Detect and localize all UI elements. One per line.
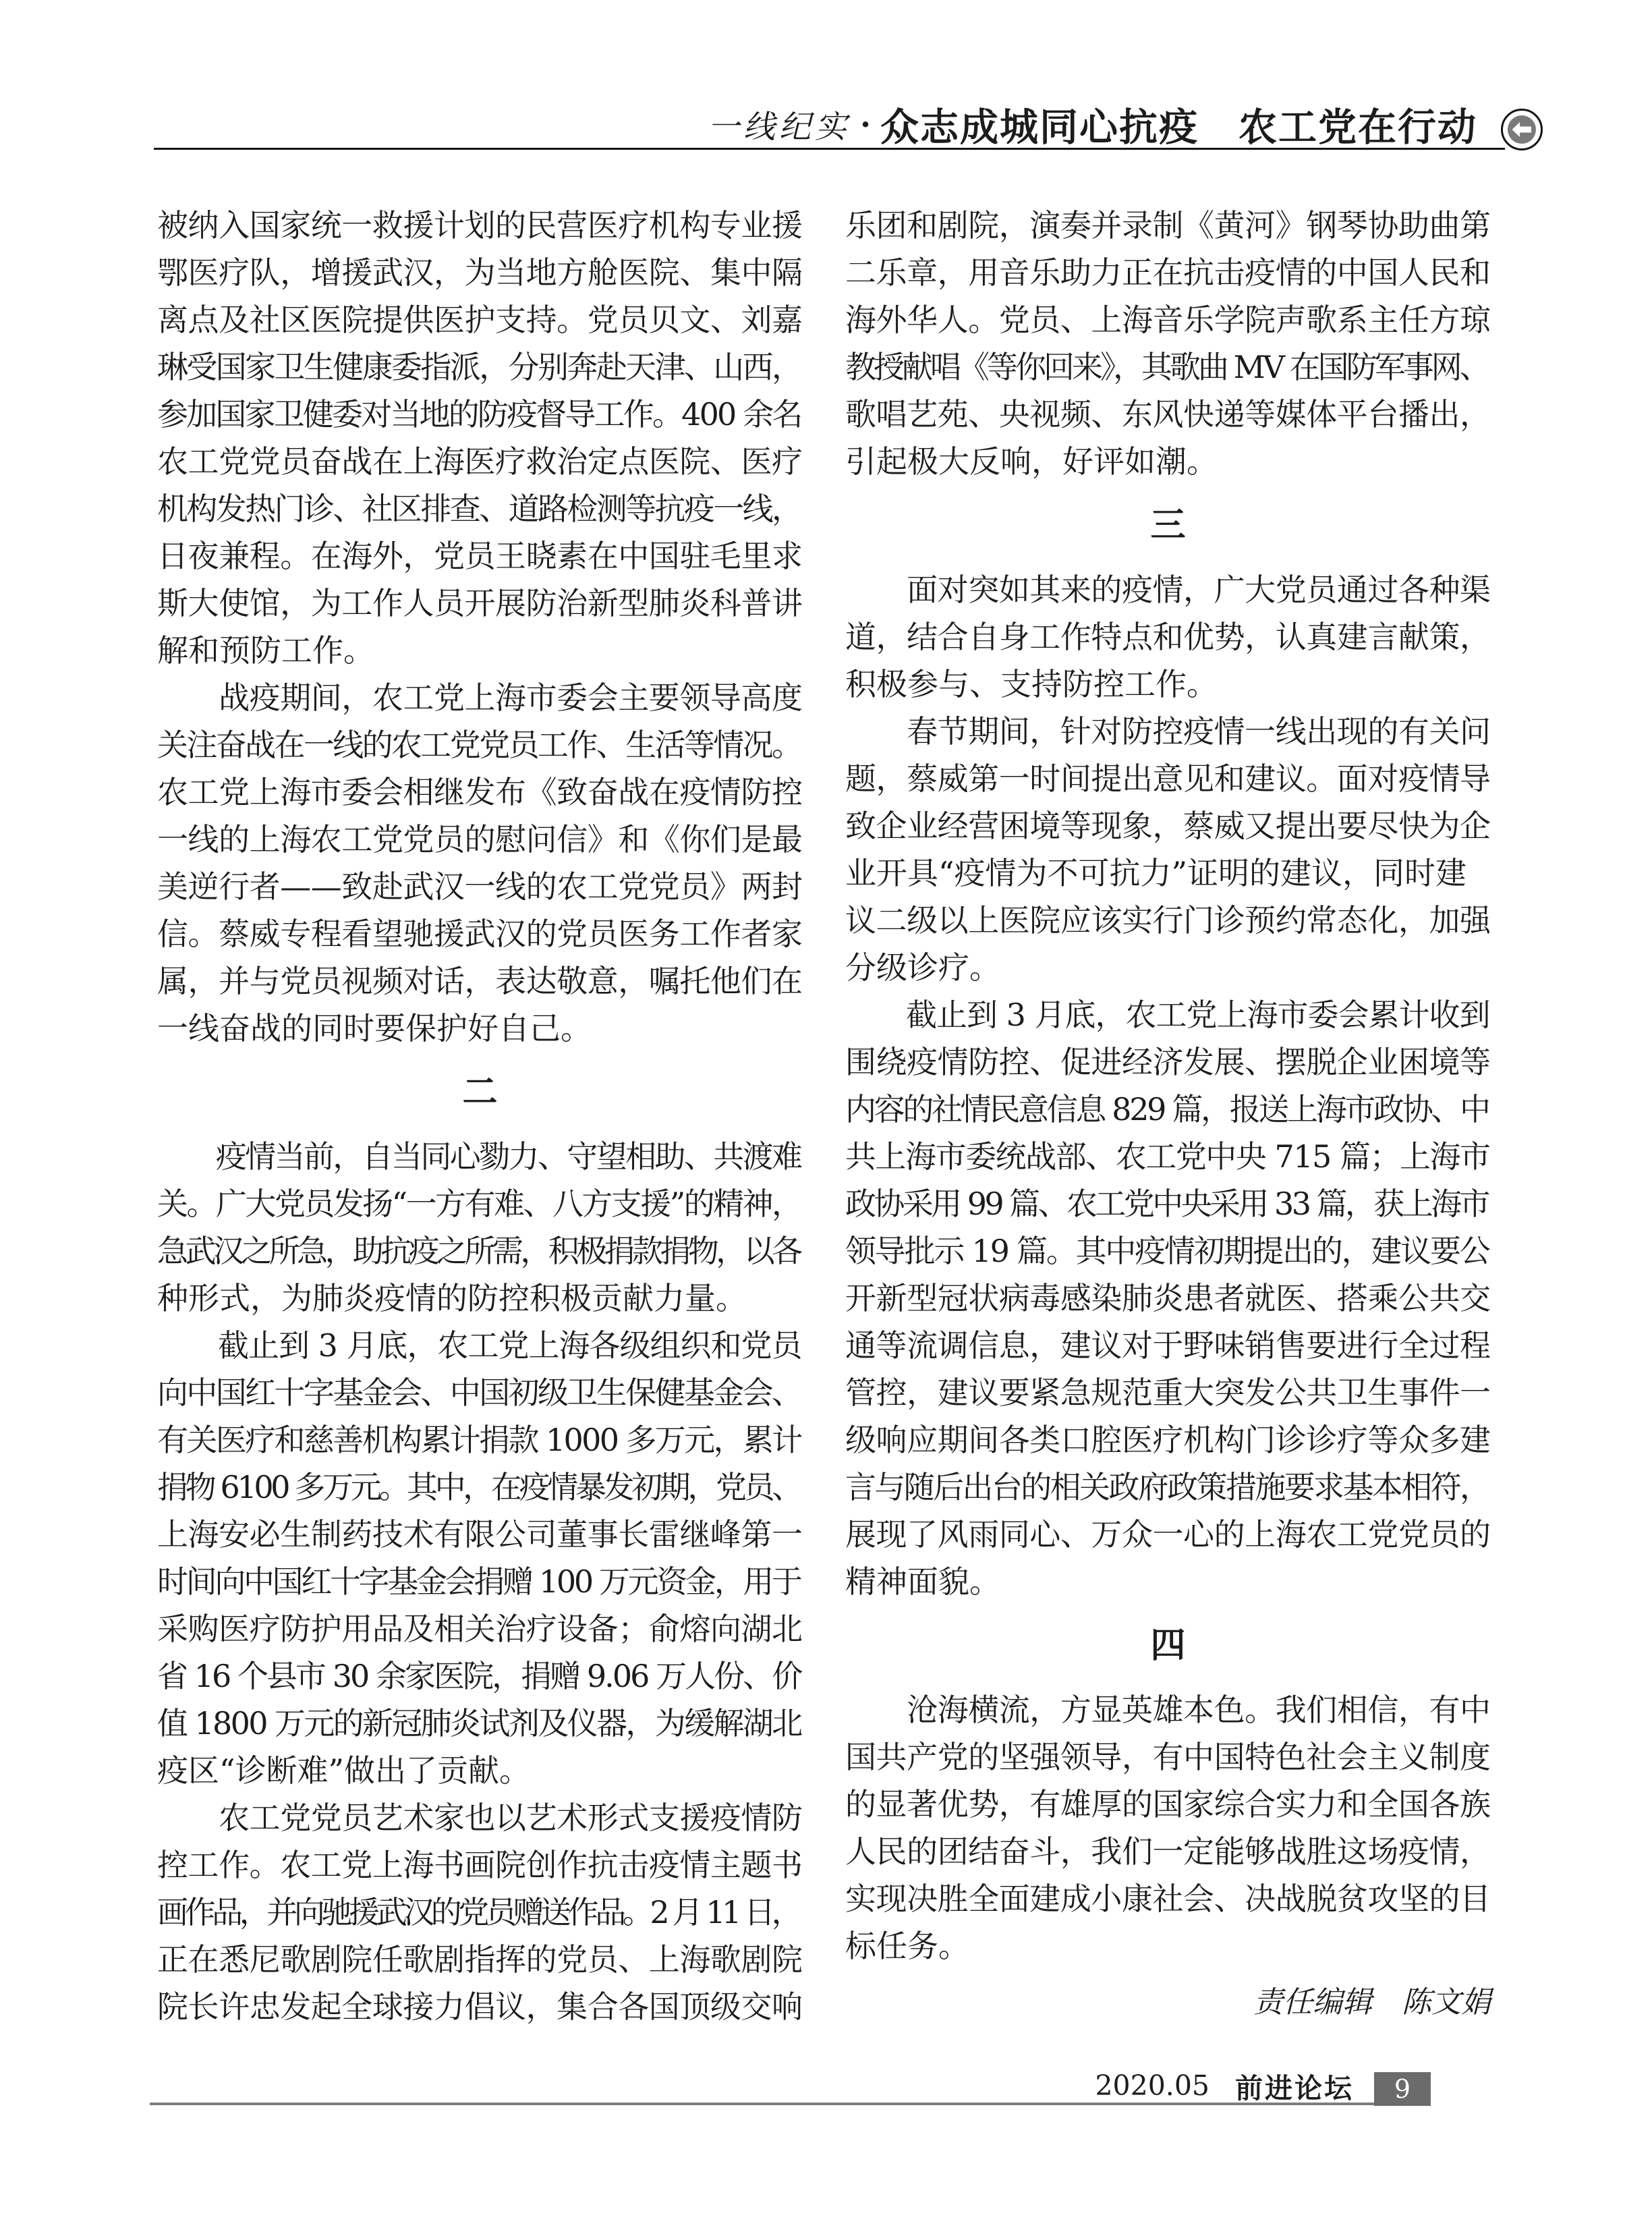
text-line: 战疫期间，农工党上海市委会主要领导高度 bbox=[157, 674, 803, 721]
text-line: 道，结合自身工作特点和优势，认真建言献策， bbox=[845, 613, 1491, 661]
section-heading: 三 bbox=[845, 485, 1491, 566]
text-line: 题，蔡威第一时间提出意见和建议。面对疫情导 bbox=[845, 755, 1491, 802]
header-rule bbox=[154, 148, 1505, 150]
text-line: 日夜兼程。在海外，党员王晓素在中国驻毛里求 bbox=[157, 532, 803, 580]
text-line: 鄂医疗队，增援武汉，为当地方舱医院、集中隔 bbox=[157, 249, 803, 296]
text-line: 截止到 3 月底，农工党上海各级组织和党员 bbox=[157, 1322, 803, 1369]
text-line: 春节期间，针对防控疫情一线出现的有关问 bbox=[845, 708, 1491, 755]
text-line: 值 1800 万元的新冠肺炎试剂及仪器，为缓解湖北 bbox=[157, 1700, 803, 1747]
text-line: 国共产党的坚强领导，有中国特色社会主义制度 bbox=[845, 1733, 1491, 1781]
back-arrow-icon bbox=[1500, 108, 1543, 151]
text-line: 面对突如其来的疫情，广大党员通过各种渠 bbox=[845, 566, 1491, 613]
text-line: 沧海横流，方显英雄本色。我们相信，有中 bbox=[845, 1686, 1491, 1733]
text-line: 致企业经营困境等现象，蔡威又提出要尽快为企 bbox=[845, 802, 1491, 850]
text-line: 歌唱艺苑、央视频、东风快递等媒体平台播出， bbox=[845, 391, 1491, 438]
text-line: 机构发热门诊、社区排查、道路检测等抗疫一线， bbox=[157, 485, 803, 532]
page-number-badge: 9 bbox=[1374, 2072, 1431, 2106]
footer-rule bbox=[150, 2103, 1374, 2105]
text-line: 被纳入国家统一救援计划的民营医疗机构专业援 bbox=[157, 202, 803, 249]
text-line: 领导批示 19 篇。其中疫情初期提出的，建议要公 bbox=[845, 1227, 1491, 1275]
text-line: 政协采用 99 篇、农工党中央采用 33 篇，获上海市 bbox=[845, 1180, 1491, 1227]
right-column: 乐团和剧院，演奏并录制《黄河》钢琴协助曲第二乐章，用音乐助力正在抗击疫情的中国人… bbox=[845, 202, 1491, 2026]
text-line: 内容的社情民意信息 829 篇，报送上海市政协、中 bbox=[845, 1086, 1491, 1133]
text-line: 画作品，并向驰援武汉的党员赠送作品。2 月 11 日， bbox=[157, 1889, 803, 1936]
text-line: 采购医疗防护用品及相关治疗设备；俞熔向湖北 bbox=[157, 1605, 803, 1652]
text-line: 关。广大党员发扬“一方有难、八方支援”的精神， bbox=[157, 1180, 803, 1227]
text-line: 引起极大反响，好评如潮。 bbox=[845, 438, 1491, 485]
text-line: 言与随后出台的相关政府政策措施要求基本相符， bbox=[845, 1464, 1491, 1511]
text-line: 教授献唱《等你回来》，其歌曲 MV 在国防军事网、 bbox=[845, 343, 1491, 391]
text-line: 农工党上海市委会相继发布《致奋战在疫情防控 bbox=[157, 769, 803, 816]
text-line: 有关医疗和慈善机构累计捐款 1000 多万元，累计 bbox=[157, 1416, 803, 1464]
text-line: 标任务。 bbox=[845, 1922, 1491, 1970]
text-line: 正在悉尼歌剧院任歌剧指挥的党员、上海歌剧院 bbox=[157, 1936, 803, 1983]
text-line: 关注奋战在一线的农工党党员工作、生活等情况。 bbox=[157, 721, 803, 769]
text-line: 精神面貌。 bbox=[845, 1558, 1491, 1605]
text-line: 乐团和剧院，演奏并录制《黄河》钢琴协助曲第 bbox=[845, 202, 1491, 249]
text-line: 农工党党员奋战在上海医疗救治定点医院、医疗 bbox=[157, 438, 803, 485]
header-section-label: 一线纪实 bbox=[708, 102, 851, 147]
text-line: 属，并与党员视频对话，表达敬意，嘱托他们在 bbox=[157, 957, 803, 1005]
text-line: 管控，建议要紧急规范重大突发公共卫生事件一 bbox=[845, 1369, 1491, 1416]
text-line: 积极参与、支持防控工作。 bbox=[845, 661, 1491, 708]
text-line: 参加国家卫健委对当地的防疫督导工作。400 余名 bbox=[157, 391, 803, 438]
text-line: 一线的上海农工党党员的慰问信》和《你们是最 bbox=[157, 816, 803, 863]
text-line: 海外华人。党员、上海音乐学院声歌系主任方琼 bbox=[845, 296, 1491, 343]
text-line: 信。蔡威专程看望驰援武汉的党员医务工作者家 bbox=[157, 910, 803, 957]
text-line: 院长许忠发起全球接力倡议，集合各国顶级交响 bbox=[157, 1983, 803, 2030]
text-line: 二乐章，用音乐助力正在抗击疫情的中国人民和 bbox=[845, 249, 1491, 296]
section-heading: 四 bbox=[845, 1605, 1491, 1686]
text-line: 开新型冠状病毒感染肺炎患者就医、搭乘公共交 bbox=[845, 1275, 1491, 1322]
text-line: 捐物 6100 多万元。其中，在疫情暴发初期，党员、 bbox=[157, 1464, 803, 1511]
text-line: 时间向中国红十字基金会捐赠 100 万元资金，用于 bbox=[157, 1558, 803, 1605]
text-line: 急武汉之所急，助抗疫之所需，积极捐款捐物，以各 bbox=[157, 1227, 803, 1275]
text-line: 议二级以上医院应该实行门诊预约常态化，加强 bbox=[845, 897, 1491, 944]
text-line: 种形式，为肺炎疫情的防控积极贡献力量。 bbox=[157, 1275, 803, 1322]
text-line: 控工作。农工党上海书画院创作抗击疫情主题书 bbox=[157, 1841, 803, 1889]
header-title: 众志成城同心抗疫 农工党在行动 bbox=[880, 96, 1477, 152]
footer-issue: 2020.05 bbox=[1095, 2069, 1209, 2102]
text-line: 截止到 3 月底，农工党上海市委会累计收到 bbox=[845, 991, 1491, 1038]
text-line: 人民的团结奋斗，我们一定能够战胜这场疫情， bbox=[845, 1828, 1491, 1875]
text-line: 业开具“疫情为不可抗力”证明的建议，同时建 bbox=[845, 850, 1491, 897]
text-line: 一线奋战的同时要保护好自己。 bbox=[157, 1005, 803, 1052]
left-column: 被纳入国家统一救援计划的民营医疗机构专业援鄂医疗队，增援武汉，为当地方舱医院、集… bbox=[157, 202, 803, 2030]
text-line: 共上海市委统战部、农工党中央 715 篇；上海市 bbox=[845, 1133, 1491, 1180]
text-line: 向中国红十字基金会、中国初级卫生保健基金会、 bbox=[157, 1369, 803, 1416]
text-line: 上海安必生制药技术有限公司董事长雷继峰第一 bbox=[157, 1511, 803, 1558]
text-line: 疫情当前，自当同心勠力、守望相助、共渡难 bbox=[157, 1133, 803, 1180]
text-line: 实现决胜全面建成小康社会、决战脱贫攻坚的目 bbox=[845, 1875, 1491, 1922]
text-line: 农工党党员艺术家也以艺术形式支援疫情防 bbox=[157, 1794, 803, 1841]
text-line: 级响应期间各类口腔医疗机构门诊诊疗等众多建 bbox=[845, 1416, 1491, 1464]
page-header: 一线纪实 · 众志成城同心抗疫 农工党在行动 bbox=[708, 100, 1477, 148]
text-line: 展现了风雨同心、万众一心的上海农工党党员的 bbox=[845, 1511, 1491, 1558]
text-line: 围绕疫情防控、促进经济发展、摆脱企业困境等 bbox=[845, 1038, 1491, 1086]
footer-journal-title: 前进论坛 bbox=[1235, 2066, 1354, 2106]
page-footer: 2020.05 前进论坛 bbox=[1095, 2069, 1354, 2103]
editor-byline: 责任编辑 陈文娟 bbox=[845, 1979, 1491, 2026]
text-line: 省 16 个县市 30 余家医院，捐赠 9.06 万人份、价 bbox=[157, 1652, 803, 1700]
text-line: 斯大使馆，为工作人员开展防治新型肺炎科普讲 bbox=[157, 580, 803, 627]
text-line: 疫区“诊断难”做出了贡献。 bbox=[157, 1747, 803, 1794]
text-line: 解和预防工作。 bbox=[157, 627, 803, 674]
text-line: 琳受国家卫生健康委指派，分别奔赴天津、山西， bbox=[157, 343, 803, 391]
text-line: 美逆行者——致赴武汉一线的农工党党员》两封 bbox=[157, 863, 803, 910]
text-line: 分级诊疗。 bbox=[845, 944, 1491, 991]
text-line: 通等流调信息，建议对于野味销售要进行全过程 bbox=[845, 1322, 1491, 1369]
text-line: 的显著优势，有雄厚的国家综合实力和全国各族 bbox=[845, 1781, 1491, 1828]
magazine-page: 一线纪实 · 众志成城同心抗疫 农工党在行动 被纳入国家统一救援计划的民营医疗机… bbox=[0, 0, 1652, 2226]
text-line: 离点及社区医院提供医护支持。党员贝文、刘嘉 bbox=[157, 296, 803, 343]
header-separator: · bbox=[860, 106, 871, 142]
section-heading: 二 bbox=[157, 1052, 803, 1133]
